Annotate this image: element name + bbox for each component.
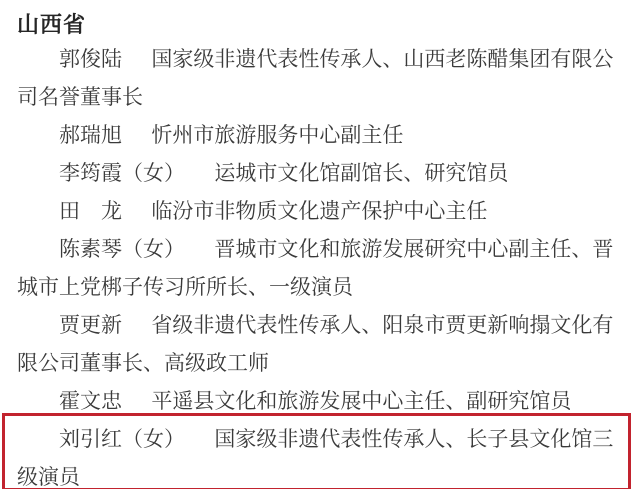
- highlighted-entry: 刘引红（女）国家级非遗代表性传承人、长子县文化馆三级演员: [2, 413, 631, 489]
- entry-name: 郝瑞旭: [59, 123, 122, 147]
- entry-name: 陈素琴（女）: [59, 237, 185, 261]
- entry-name: 霍文忠: [59, 389, 122, 413]
- entry: 郝瑞旭忻州市旅游服务中心副主任: [17, 116, 623, 154]
- province-heading: 山西省: [17, 10, 623, 40]
- entry: 郭俊陆国家级非遗代表性传承人、山西老陈醋集团有限公司名誉董事长: [17, 40, 623, 116]
- entry: 贾更新省级非遗代表性传承人、阳泉市贾更新响搨文化有限公司董事长、高级政工师: [17, 306, 623, 382]
- entry: 霍文忠平遥县文化和旅游发展中心主任、副研究馆员: [17, 382, 623, 420]
- entry-title: 临汾市非物质文化遗产保护中心主任: [151, 199, 487, 223]
- document-page: 山西省 郭俊陆国家级非遗代表性传承人、山西老陈醋集团有限公司名誉董事长 郝瑞旭忻…: [0, 0, 640, 489]
- entry: 陈素琴（女）晋城市文化和旅游发展研究中心副主任、晋城市上党梆子传习所所长、一级演…: [17, 230, 623, 306]
- entry-name: 郭俊陆: [59, 47, 122, 71]
- entry-name: 田 龙: [59, 199, 122, 223]
- entry-title: 运城市文化馆副馆长、研究馆员: [214, 161, 508, 185]
- entry-list: 郭俊陆国家级非遗代表性传承人、山西老陈醋集团有限公司名誉董事长 郝瑞旭忻州市旅游…: [17, 40, 623, 489]
- entry: 李筠霞（女）运城市文化馆副馆长、研究馆员: [17, 154, 623, 192]
- entry-name: 贾更新: [59, 313, 122, 337]
- entry-name: 李筠霞（女）: [59, 161, 185, 185]
- entry: 田 龙临汾市非物质文化遗产保护中心主任: [17, 192, 623, 230]
- entry-title: 平遥县文化和旅游发展中心主任、副研究馆员: [151, 389, 571, 413]
- entry-title: 忻州市旅游服务中心副主任: [151, 123, 403, 147]
- entry-name: 刘引红（女）: [59, 427, 185, 451]
